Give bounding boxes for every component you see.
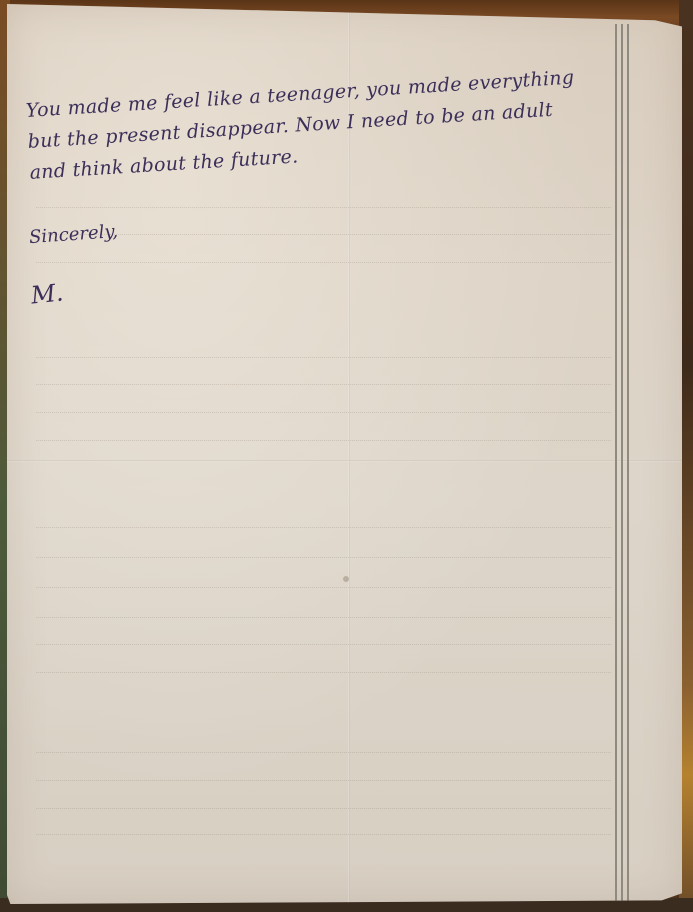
margin-rule-line	[627, 24, 629, 904]
letter-signature: M.	[30, 278, 65, 309]
margin-rules	[615, 24, 629, 904]
bleed-through-line	[36, 664, 613, 673]
bleed-through-line	[36, 226, 613, 235]
letter-closing: Sincerely,	[28, 221, 118, 248]
bleed-through-line	[36, 609, 613, 618]
bleed-through-line	[36, 744, 613, 753]
bleed-through-line	[36, 376, 613, 385]
letter-body: You made me feel like a teenager, you ma…	[25, 62, 579, 188]
bleed-through-line	[36, 404, 613, 413]
bleed-through-line	[36, 254, 613, 263]
letter-paper: You made me feel like a teenager, you ma…	[7, 4, 682, 904]
bleed-through-line	[36, 519, 613, 528]
horizontal-fold-crease	[7, 460, 682, 462]
paper-stain	[343, 576, 349, 582]
bleed-through-line	[36, 800, 613, 809]
margin-rule-line	[615, 24, 617, 904]
bleed-through-line	[36, 199, 613, 208]
bleed-through-line	[36, 826, 613, 835]
bleed-through-line	[36, 579, 613, 588]
bleed-through-line	[36, 432, 613, 441]
bleed-through-line	[36, 636, 613, 645]
margin-rule-line	[621, 24, 623, 904]
bleed-through-line	[36, 349, 613, 358]
bleed-through-line	[36, 772, 613, 781]
bleed-through-line	[36, 549, 613, 558]
